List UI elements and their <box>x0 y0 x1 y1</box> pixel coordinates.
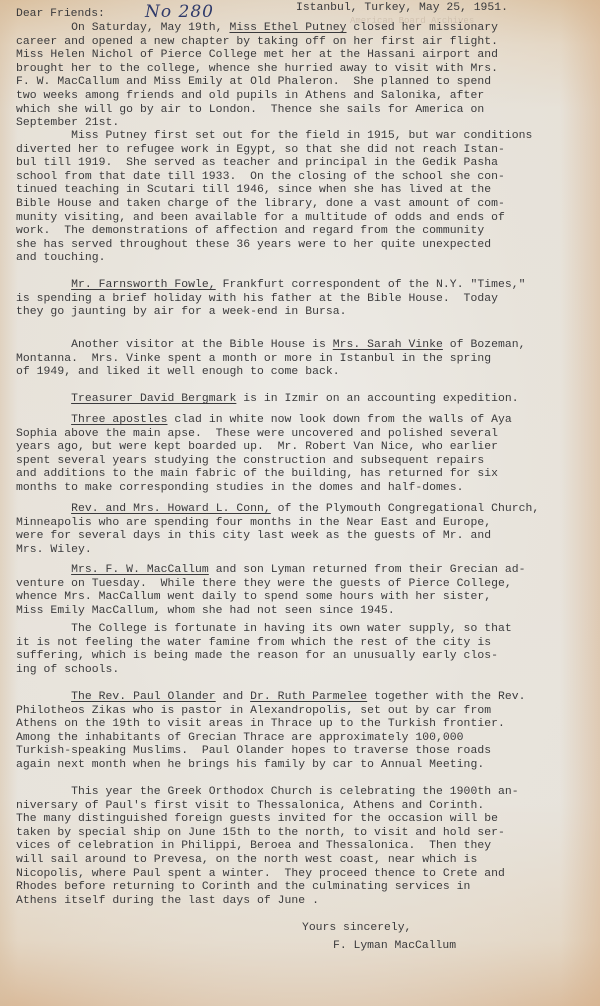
text-run: years ago, but were kept boarded up. Mr.… <box>16 441 498 453</box>
text-line: will sail around to Prevesa, on the nort… <box>16 854 477 868</box>
handwritten-number: No 280 <box>145 2 214 22</box>
text-line: Philotheos Zikas who is pastor in Alexan… <box>16 705 491 719</box>
underlined-name: Treasurer David Bergmark <box>71 393 236 405</box>
valediction: Yours sincerely, <box>302 922 411 934</box>
text-line: Rhodes before returning to Corinth and t… <box>16 881 470 895</box>
text-line: Sophia above the main apse. These were u… <box>16 428 498 442</box>
text-run: of the Plymouth Congregational Church, <box>271 503 540 515</box>
text-run: F. W. MacCallum and Miss Emily at Old Ph… <box>16 76 491 88</box>
underlined-name: Miss Ethel Putney <box>229 22 346 34</box>
text-run: bul till 1919. She served as teacher and… <box>16 157 498 169</box>
text-run: and <box>216 691 250 703</box>
text-run: The College is fortunate in having its o… <box>16 623 512 635</box>
text-line: Miss Helen Nichol of Pierce College met … <box>16 49 498 63</box>
text-run <box>16 564 71 576</box>
text-run: of 1949, and liked it well enough to com… <box>16 366 340 378</box>
text-line: diverted her to refugee work in Egypt, s… <box>16 144 505 158</box>
text-line: months to make corresponding studies in … <box>16 482 464 496</box>
text-run: she has served throughout these 36 years… <box>16 239 491 251</box>
text-run: On Saturday, May 19th, <box>16 22 229 34</box>
text-run: vices of celebration in Philippi, Beroea… <box>16 840 491 852</box>
text-run: Turkish-speaking Muslims. Paul Olander h… <box>16 745 491 757</box>
text-run: venture on Tuesday. While there they wer… <box>16 578 512 590</box>
text-run: Miss Emily MacCallum, whom she had not s… <box>16 605 395 617</box>
text-line: school from that date till 1933. On the … <box>16 171 505 185</box>
text-run: suffering, which is being made the reaso… <box>16 650 498 662</box>
text-line: work. The demonstrations of affection an… <box>16 225 484 239</box>
text-run: Bible House and taken charge of the libr… <box>16 198 505 210</box>
text-run <box>16 279 71 291</box>
underlined-name: Mr. Farnsworth Fowle, <box>71 279 216 291</box>
text-line: they go jaunting by air for a week-end i… <box>16 306 347 320</box>
text-line: Turkish-speaking Muslims. Paul Olander h… <box>16 745 491 759</box>
text-run: niversary of Paul's first visit to Thess… <box>16 800 484 812</box>
text-run: Among the inhabitants of Grecian Thrace … <box>16 732 464 744</box>
text-line: Miss Emily MacCallum, whom she had not s… <box>16 605 395 619</box>
text-line: Another visitor at the Bible House is Mr… <box>16 339 526 353</box>
text-run: diverted her to refugee work in Egypt, s… <box>16 144 505 156</box>
text-run: Minneapolis who are spending four months… <box>16 517 491 529</box>
text-line: she has served throughout these 36 years… <box>16 239 491 253</box>
text-run: This year the Greek Orthodox Church is c… <box>16 786 519 798</box>
text-run: career and opened a new chapter by takin… <box>16 36 498 48</box>
text-line: again next month when he brings his fami… <box>16 759 484 773</box>
underlined-name: Mrs. Sarah Vinke <box>333 339 443 351</box>
text-run: Athens on the 19th to visit areas in Thr… <box>16 718 505 730</box>
text-line: were for several days in this city last … <box>16 530 491 544</box>
text-line: it is not feeling the water famine from … <box>16 637 491 651</box>
text-run: Miss Putney first set out for the field … <box>16 130 532 142</box>
text-run: is spending a brief holiday with his fat… <box>16 293 498 305</box>
text-run: two weeks among friends and old pupils i… <box>16 90 484 102</box>
text-run: again next month when he brings his fami… <box>16 759 484 771</box>
text-run: they go jaunting by air for a week-end i… <box>16 306 347 318</box>
text-line: The Rev. Paul Olander and Dr. Ruth Parme… <box>16 691 526 705</box>
text-line: suffering, which is being made the reaso… <box>16 650 498 664</box>
text-run: tinued teaching in Scutari till 1946, si… <box>16 184 491 196</box>
text-line: Athens itself during the last days of Ju… <box>16 895 319 909</box>
text-run: Miss Helen Nichol of Pierce College met … <box>16 49 498 61</box>
text-run: months to make corresponding studies in … <box>16 482 464 494</box>
text-line: Rev. and Mrs. Howard L. Conn, of the Ply… <box>16 503 539 517</box>
text-run: of Bozeman, <box>443 339 526 351</box>
underlined-name: Mrs. F. W. MacCallum <box>71 564 209 576</box>
text-run: Mrs. Wiley. <box>16 544 92 556</box>
text-line: whence Mrs. MacCallum went daily to spen… <box>16 591 491 605</box>
text-line: career and opened a new chapter by takin… <box>16 36 498 50</box>
text-run: brought her to the college, whence she h… <box>16 63 498 75</box>
text-line: spent several years studying the constru… <box>16 455 484 469</box>
text-line: two weeks among friends and old pupils i… <box>16 90 484 104</box>
text-line: niversary of Paul's first visit to Thess… <box>16 800 484 814</box>
text-run: Nicopolis, where Paul spent a winter. Th… <box>16 868 505 880</box>
text-run: together with the Rev. <box>367 691 525 703</box>
text-line: The College is fortunate in having its o… <box>16 623 512 637</box>
text-run: it is not feeling the water famine from … <box>16 637 491 649</box>
text-run: is in Izmir on an accounting expedition. <box>236 393 518 405</box>
text-run: Rhodes before returning to Corinth and t… <box>16 881 470 893</box>
text-line: vices of celebration in Philippi, Beroea… <box>16 840 491 854</box>
text-line: which she will go by air to London. Then… <box>16 104 484 118</box>
text-run: taken by special ship on June 15th to th… <box>16 827 505 839</box>
underlined-name: Dr. Ruth Parmelee <box>250 691 367 703</box>
text-line: Three apostles clad in white now look do… <box>16 414 512 428</box>
text-line: Mr. Farnsworth Fowle, Frankfurt correspo… <box>16 279 526 293</box>
text-run: Sophia above the main apse. These were u… <box>16 428 498 440</box>
place-date: Istanbul, Turkey, May 25, 1951. <box>296 2 508 14</box>
text-run: Frankfurt correspondent of the N.Y. "Tim… <box>216 279 526 291</box>
text-line: Montanna. Mrs. Vinke spent a month or mo… <box>16 353 491 367</box>
text-line: This year the Greek Orthodox Church is c… <box>16 786 519 800</box>
text-line: September 21st. <box>16 117 119 131</box>
text-run: and touching. <box>16 252 106 264</box>
text-run <box>16 503 71 515</box>
text-run <box>16 393 71 405</box>
text-run: ing of schools. <box>16 664 119 676</box>
text-run: will sail around to Prevesa, on the nort… <box>16 854 477 866</box>
text-run: clad in white now look down from the wal… <box>168 414 512 426</box>
text-run: work. The demonstrations of affection an… <box>16 225 484 237</box>
text-run: September 21st. <box>16 117 119 129</box>
underlined-name: The Rev. Paul Olander <box>71 691 216 703</box>
underlined-name: Three apostles <box>71 414 167 426</box>
signature: F. Lyman MacCallum <box>333 940 456 952</box>
text-line: bul till 1919. She served as teacher and… <box>16 157 498 171</box>
text-run: spent several years studying the constru… <box>16 455 484 467</box>
letter-page: Dear Friends: No 280 Istanbul, Turkey, M… <box>0 0 600 1006</box>
text-run: and additions to the main fabric of the … <box>16 468 498 480</box>
text-run: Another visitor at the Bible House is <box>16 339 333 351</box>
text-line: Miss Putney first set out for the field … <box>16 130 532 144</box>
text-line: Bible House and taken charge of the libr… <box>16 198 505 212</box>
text-line: Minneapolis who are spending four months… <box>16 517 491 531</box>
text-line: is spending a brief holiday with his fat… <box>16 293 498 307</box>
text-line: Treasurer David Bergmark is in Izmir on … <box>16 393 519 407</box>
text-line: and additions to the main fabric of the … <box>16 468 498 482</box>
text-line: tinued teaching in Scutari till 1946, si… <box>16 184 491 198</box>
text-line: brought her to the college, whence she h… <box>16 63 498 77</box>
text-line: and touching. <box>16 252 106 266</box>
text-line: munity visiting, and been available for … <box>16 212 505 226</box>
text-line: Mrs. Wiley. <box>16 544 92 558</box>
text-line: years ago, but were kept boarded up. Mr.… <box>16 441 498 455</box>
underlined-name: Rev. and Mrs. Howard L. Conn, <box>71 503 271 515</box>
text-run: The many distinguished foreign guests in… <box>16 813 498 825</box>
text-run: whence Mrs. MacCallum went daily to spen… <box>16 591 491 603</box>
text-line: taken by special ship on June 15th to th… <box>16 827 505 841</box>
text-run: closed her missionary <box>347 22 498 34</box>
text-line: venture on Tuesday. While there they wer… <box>16 578 512 592</box>
text-run: school from that date till 1933. On the … <box>16 171 505 183</box>
text-run: Athens itself during the last days of Ju… <box>16 895 319 907</box>
text-line: Among the inhabitants of Grecian Thrace … <box>16 732 464 746</box>
text-run: and son Lyman returned from their Grecia… <box>209 564 526 576</box>
text-run: were for several days in this city last … <box>16 530 491 542</box>
text-run <box>16 414 71 426</box>
text-line: Mrs. F. W. MacCallum and son Lyman retur… <box>16 564 526 578</box>
text-run <box>16 691 71 703</box>
text-run: Montanna. Mrs. Vinke spent a month or mo… <box>16 353 491 365</box>
text-run: which she will go by air to London. Then… <box>16 104 484 116</box>
text-line: The many distinguished foreign guests in… <box>16 813 498 827</box>
text-line: Nicopolis, where Paul spent a winter. Th… <box>16 868 505 882</box>
text-line: On Saturday, May 19th, Miss Ethel Putney… <box>16 22 498 36</box>
salutation: Dear Friends: <box>16 8 105 20</box>
text-line: ing of schools. <box>16 664 119 678</box>
text-line: of 1949, and liked it well enough to com… <box>16 366 340 380</box>
text-run: munity visiting, and been available for … <box>16 212 505 224</box>
text-line: Athens on the 19th to visit areas in Thr… <box>16 718 505 732</box>
text-line: F. W. MacCallum and Miss Emily at Old Ph… <box>16 76 491 90</box>
text-run: Philotheos Zikas who is pastor in Alexan… <box>16 705 491 717</box>
